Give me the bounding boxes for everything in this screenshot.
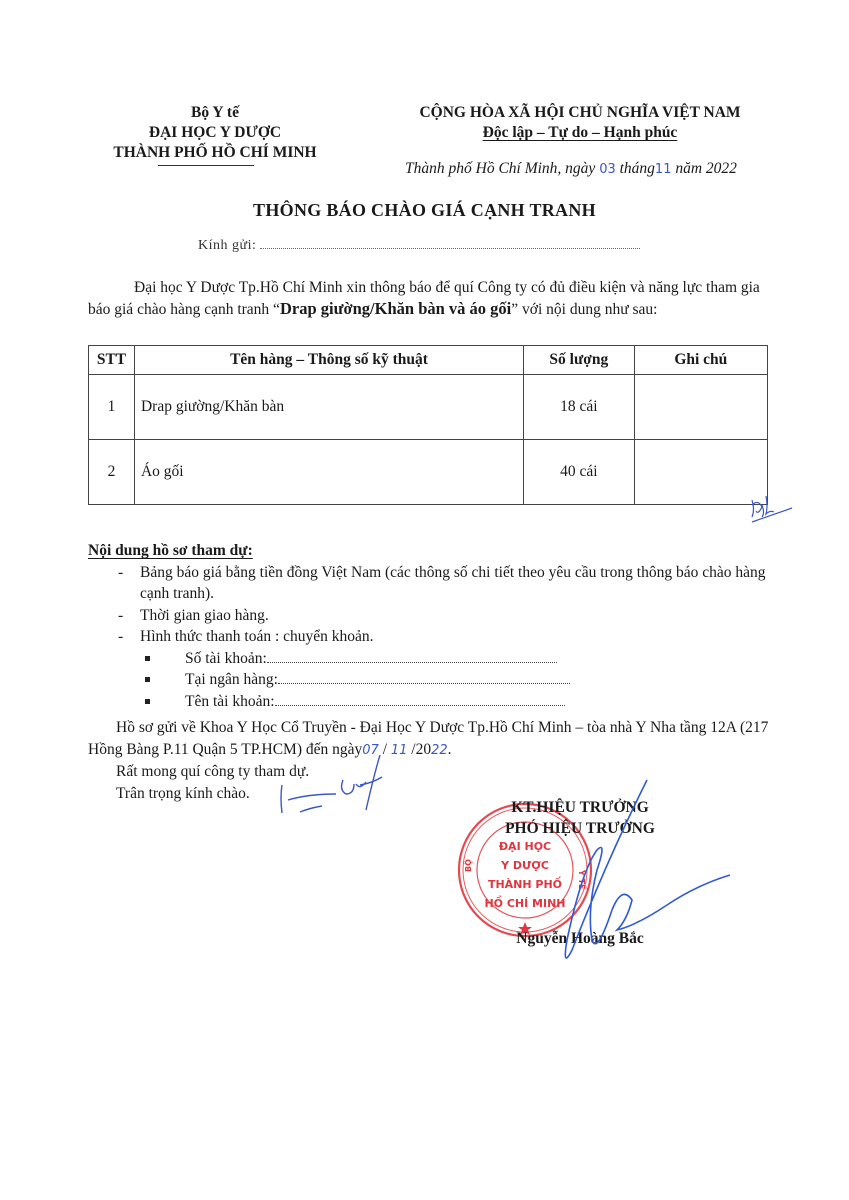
dateline-prefix: Thành phố Hồ Chí Minh, ngày	[405, 160, 595, 177]
header-divider	[158, 165, 254, 166]
recipient-line: Kính gửi:	[198, 238, 640, 254]
signatory-name: Nguyễn Hoàng Bắc	[470, 930, 690, 948]
deadline-year-suffix: 22	[431, 743, 448, 758]
dateline: Thành phố Hồ Chí Minh, ngày 03 tháng11 n…	[405, 160, 737, 178]
dateline-year-label: năm	[675, 160, 702, 177]
signature-title: KT.HIỆU TRƯỞNG PHÓ HIỆU TRƯỞNG	[470, 797, 690, 839]
field-label: Tên tài khoản:	[185, 693, 275, 710]
list-item: Hình thức thanh toán : chuyển khoản.	[88, 626, 778, 648]
blank-line	[278, 670, 570, 684]
row-quantity: 40 cái	[524, 440, 635, 505]
field-label: Tại ngân hàng:	[185, 671, 278, 688]
stamp-text: ĐẠI HỌC Y DƯỢC THÀNH PHỐ HỒ CHÍ MINH	[455, 837, 595, 913]
dateline-day: 03	[599, 162, 616, 177]
requirements-list: Bảng báo giá bằng tiền đồng Việt Nam (cá…	[88, 562, 778, 713]
dateline-month: 11	[655, 162, 672, 177]
row-quantity: 18 cái	[524, 375, 635, 440]
blank-line	[275, 692, 565, 706]
row-item-name: Drap giường/Khăn bàn	[134, 375, 523, 440]
recipient-blank	[260, 238, 640, 249]
deadline-year-prefix: /20	[411, 741, 431, 758]
national-motto: Độc lập – Tự do – Hạnh phúc	[483, 124, 678, 141]
row-stt: 1	[89, 375, 135, 440]
header-item-name: Tên hàng – Thông số kỹ thuật	[134, 346, 523, 375]
items-table: STT Tên hàng – Thông số kỹ thuật Số lượn…	[88, 345, 768, 505]
national-header: CỘNG HÒA XÃ HỘI CHỦ NGHĨA VIỆT NAM Độc l…	[390, 103, 770, 143]
document-title: THÔNG BÁO CHÀO GIÁ CẠNH TRANH	[0, 200, 849, 221]
country-name: CỘNG HÒA XÃ HỘI CHỦ NGHĨA VIỆT NAM	[390, 103, 770, 123]
table-header-row: STT Tên hàng – Thông số kỹ thuật Số lượn…	[89, 346, 768, 375]
stamp-line: HỒ CHÍ MINH	[455, 894, 595, 913]
closing-line-1: Rất mong quí công ty tham dự.	[88, 761, 778, 783]
row-note	[634, 375, 767, 440]
stamp-line: Y DƯỢC	[455, 856, 595, 875]
ministry-name: Bộ Y tế	[80, 103, 350, 123]
row-note	[634, 440, 767, 505]
payment-field-bank: Tại ngân hàng:	[88, 669, 778, 691]
signature-title-line-1: KT.HIỆU TRƯỞNG	[470, 797, 690, 818]
recipient-label: Kính gửi:	[198, 238, 256, 253]
university-city: THÀNH PHỐ HỒ CHÍ MINH	[80, 143, 350, 163]
stamp-line: THÀNH PHỐ	[455, 875, 595, 894]
stamp-line: ĐẠI HỌC	[455, 837, 595, 856]
header-stt: STT	[89, 346, 135, 375]
payment-field-account-name: Tên tài khoản:	[88, 691, 778, 713]
header-note: Ghi chú	[634, 346, 767, 375]
intro-highlight: Drap giường/Khăn bàn và áo gối	[280, 299, 511, 318]
header-quantity: Số lượng	[524, 346, 635, 375]
field-label: Số tài khoản:	[185, 650, 267, 667]
row-item-name: Áo gối	[134, 440, 523, 505]
dateline-month-label: tháng	[620, 160, 655, 177]
submission-paragraph: Hồ sơ gửi về Khoa Y Học Cổ Truyền - Đại …	[88, 717, 778, 804]
dateline-year: 2022	[706, 160, 737, 177]
university-name: ĐẠI HỌC Y DƯỢC	[80, 123, 350, 143]
payment-field-account-number: Số tài khoản:	[88, 648, 778, 670]
requirements-section: Nội dung hồ sơ tham dự: Bảng báo giá bằn…	[88, 540, 778, 712]
deadline-day: 07	[362, 743, 379, 758]
signature-title-line-2: PHÓ HIỆU TRƯỞNG	[470, 818, 690, 839]
intro-paragraph: Đại học Y Dược Tp.Hồ Chí Minh xin thông …	[88, 277, 768, 320]
deadline-month: 11	[391, 743, 408, 758]
intro-text-after: ” với nội dung như sau:	[511, 301, 657, 318]
list-item: Thời gian giao hàng.	[88, 605, 778, 627]
table-row: 2 Áo gối 40 cái	[89, 440, 768, 505]
list-item: Bảng báo giá bằng tiền đồng Việt Nam (cá…	[88, 562, 778, 605]
table-row: 1 Drap giường/Khăn bàn 18 cái	[89, 375, 768, 440]
blank-line	[267, 649, 557, 663]
issuing-authority: Bộ Y tế ĐẠI HỌC Y DƯỢC THÀNH PHỐ HỒ CHÍ …	[80, 103, 350, 163]
row-stt: 2	[89, 440, 135, 505]
requirements-heading: Nội dung hồ sơ tham dự:	[88, 542, 253, 559]
